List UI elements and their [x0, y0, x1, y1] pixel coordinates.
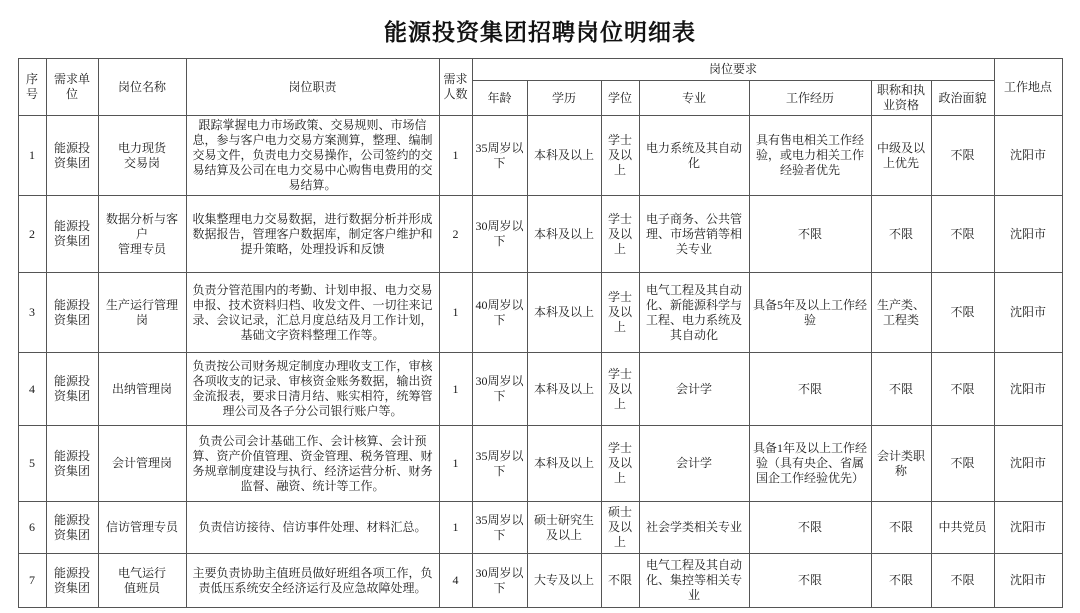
- cell-location: 沈阳市: [994, 554, 1062, 608]
- cell-political: 不限: [931, 426, 994, 502]
- col-header-count: 需求人数: [439, 59, 472, 116]
- cell-duties: 负责分管范围内的考勤、计划申报、电力交易申报、技术资料归档、收发文件、一切往来记…: [186, 273, 439, 353]
- table-row: 1 能源投资集团 电力现货 交易岗 跟踪掌握电力市场政策、交易规则、市场信息，参…: [18, 116, 1062, 196]
- cell-count: 1: [439, 426, 472, 502]
- cell-qualification: 生产类、工程类: [871, 273, 931, 353]
- cell-unit: 能源投资集团: [46, 554, 98, 608]
- cell-unit: 能源投资集团: [46, 273, 98, 353]
- cell-location: 沈阳市: [994, 353, 1062, 426]
- cell-political: 不限: [931, 353, 994, 426]
- cell-position: 数据分析与客户 管理专员: [98, 196, 186, 273]
- cell-no: 2: [18, 196, 46, 273]
- cell-age: 30周岁以下: [472, 196, 527, 273]
- cell-political: 不限: [931, 554, 994, 608]
- table-row: 2 能源投资集团 数据分析与客户 管理专员 收集整理电力交易数据，进行数据分析并…: [18, 196, 1062, 273]
- cell-degree: 学士及以上: [601, 273, 639, 353]
- table-row: 4 能源投资集团 出纳管理岗 负责按公司财务规定制度办理收支工作，审核各项收支的…: [18, 353, 1062, 426]
- cell-qualification: 中级及以上优先: [871, 116, 931, 196]
- cell-major: 会计学: [639, 353, 749, 426]
- cell-age: 35周岁以下: [472, 116, 527, 196]
- cell-qualification: 不限: [871, 502, 931, 554]
- cell-unit: 能源投资集团: [46, 116, 98, 196]
- recruitment-table: 序号 需求单位 岗位名称 岗位职责 需求人数 岗位要求 工作地点 年龄 学历 学…: [18, 58, 1063, 608]
- col-header-qualification: 职称和执业资格: [871, 81, 931, 116]
- table-row: 7 能源投资集团 电气运行 值班员 主要负责协助主值班员做好班组各项工作，负责低…: [18, 554, 1062, 608]
- cell-major: 会计学: [639, 426, 749, 502]
- cell-duties: 负责按公司财务规定制度办理收支工作，审核各项收支的记录、审核资金账务数据，输出资…: [186, 353, 439, 426]
- cell-unit: 能源投资集团: [46, 196, 98, 273]
- cell-degree: 学士及以上: [601, 196, 639, 273]
- cell-count: 1: [439, 502, 472, 554]
- col-header-no: 序号: [18, 59, 46, 116]
- cell-age: 35周岁以下: [472, 426, 527, 502]
- cell-education: 本科及以上: [527, 353, 601, 426]
- page-title: 能源投资集团招聘岗位明细表: [0, 14, 1080, 47]
- cell-degree: 不限: [601, 554, 639, 608]
- col-header-duties: 岗位职责: [186, 59, 439, 116]
- cell-unit: 能源投资集团: [46, 426, 98, 502]
- col-header-experience: 工作经历: [749, 81, 871, 116]
- table-row: 3 能源投资集团 生产运行管理岗 负责分管范围内的考勤、计划申报、电力交易申报、…: [18, 273, 1062, 353]
- cell-duties: 跟踪掌握电力市场政策、交易规则、市场信息，参与客户电力交易方案测算，整理、编制交…: [186, 116, 439, 196]
- cell-experience: 不限: [749, 554, 871, 608]
- cell-experience: 具有售电相关工作经验，或电力相关工作经验者优先: [749, 116, 871, 196]
- col-header-political: 政治面貌: [931, 81, 994, 116]
- cell-location: 沈阳市: [994, 196, 1062, 273]
- cell-unit: 能源投资集团: [46, 353, 98, 426]
- cell-duties: 收集整理电力交易数据，进行数据分析并形成数据报告，管理客户数据库，制定客户维护和…: [186, 196, 439, 273]
- cell-no: 5: [18, 426, 46, 502]
- cell-experience: 不限: [749, 196, 871, 273]
- col-header-major: 专业: [639, 81, 749, 116]
- cell-no: 4: [18, 353, 46, 426]
- cell-position: 出纳管理岗: [98, 353, 186, 426]
- cell-major: 电气工程及其自动化、新能源科学与工程、电力系统及其自动化: [639, 273, 749, 353]
- cell-position: 电力现货 交易岗: [98, 116, 186, 196]
- table-header: 序号 需求单位 岗位名称 岗位职责 需求人数 岗位要求 工作地点 年龄 学历 学…: [18, 59, 1062, 116]
- cell-age: 30周岁以下: [472, 554, 527, 608]
- cell-no: 3: [18, 273, 46, 353]
- cell-position: 电气运行 值班员: [98, 554, 186, 608]
- cell-education: 本科及以上: [527, 116, 601, 196]
- cell-major: 电力系统及其自动化: [639, 116, 749, 196]
- cell-duties: 主要负责协助主值班员做好班组各项工作，负责低压系统安全经济运行及应急故障处理。: [186, 554, 439, 608]
- cell-experience: 不限: [749, 502, 871, 554]
- col-header-education: 学历: [527, 81, 601, 116]
- table-row: 6 能源投资集团 信访管理专员 负责信访接待、信访事件处理、材料汇总。 1 35…: [18, 502, 1062, 554]
- cell-experience: 不限: [749, 353, 871, 426]
- cell-education: 本科及以上: [527, 426, 601, 502]
- cell-no: 6: [18, 502, 46, 554]
- table-row: 5 能源投资集团 会计管理岗 负责公司会计基础工作、会计核算、会计预算、资产价值…: [18, 426, 1062, 502]
- cell-count: 2: [439, 196, 472, 273]
- document-page: 能源投资集团招聘岗位明细表 序号 需求单位 岗位名称 岗位职责 需求人数 岗位要…: [0, 0, 1080, 613]
- cell-no: 1: [18, 116, 46, 196]
- col-header-age: 年龄: [472, 81, 527, 116]
- cell-degree: 学士及以上: [601, 116, 639, 196]
- table-body: 1 能源投资集团 电力现货 交易岗 跟踪掌握电力市场政策、交易规则、市场信息，参…: [18, 116, 1062, 608]
- cell-political: 不限: [931, 196, 994, 273]
- cell-degree: 学士及以上: [601, 353, 639, 426]
- cell-count: 1: [439, 353, 472, 426]
- col-header-degree: 学位: [601, 81, 639, 116]
- cell-age: 35周岁以下: [472, 502, 527, 554]
- cell-duties: 负责信访接待、信访事件处理、材料汇总。: [186, 502, 439, 554]
- cell-education: 硕士研究生及以上: [527, 502, 601, 554]
- cell-major: 电子商务、公共管理、市场营销等相关专业: [639, 196, 749, 273]
- col-header-requirements-group: 岗位要求: [472, 59, 994, 81]
- cell-count: 1: [439, 116, 472, 196]
- cell-position: 信访管理专员: [98, 502, 186, 554]
- cell-count: 4: [439, 554, 472, 608]
- col-header-unit: 需求单位: [46, 59, 98, 116]
- cell-count: 1: [439, 273, 472, 353]
- col-header-position: 岗位名称: [98, 59, 186, 116]
- cell-political: 中共党员: [931, 502, 994, 554]
- cell-age: 30周岁以下: [472, 353, 527, 426]
- cell-major: 社会学类相关专业: [639, 502, 749, 554]
- cell-location: 沈阳市: [994, 502, 1062, 554]
- cell-experience: 具备5年及以上工作经验: [749, 273, 871, 353]
- cell-position: 会计管理岗: [98, 426, 186, 502]
- cell-qualification: 不限: [871, 353, 931, 426]
- cell-qualification: 不限: [871, 196, 931, 273]
- cell-unit: 能源投资集团: [46, 502, 98, 554]
- cell-degree: 硕士及以上: [601, 502, 639, 554]
- cell-education: 大专及以上: [527, 554, 601, 608]
- header-row-top: 序号 需求单位 岗位名称 岗位职责 需求人数 岗位要求 工作地点: [18, 59, 1062, 81]
- cell-duties: 负责公司会计基础工作、会计核算、会计预算、资产价值管理、资金管理、税务管理、财务…: [186, 426, 439, 502]
- cell-location: 沈阳市: [994, 426, 1062, 502]
- cell-age: 40周岁以下: [472, 273, 527, 353]
- cell-education: 本科及以上: [527, 196, 601, 273]
- cell-no: 7: [18, 554, 46, 608]
- cell-education: 本科及以上: [527, 273, 601, 353]
- cell-degree: 学士及以上: [601, 426, 639, 502]
- cell-political: 不限: [931, 273, 994, 353]
- cell-qualification: 会计类职称: [871, 426, 931, 502]
- cell-position: 生产运行管理岗: [98, 273, 186, 353]
- cell-location: 沈阳市: [994, 116, 1062, 196]
- col-header-location: 工作地点: [994, 59, 1062, 116]
- cell-location: 沈阳市: [994, 273, 1062, 353]
- cell-experience: 具备1年及以上工作经验（具有央企、省属国企工作经验优先）: [749, 426, 871, 502]
- cell-qualification: 不限: [871, 554, 931, 608]
- cell-major: 电气工程及其自动化、集控等相关专业: [639, 554, 749, 608]
- cell-political: 不限: [931, 116, 994, 196]
